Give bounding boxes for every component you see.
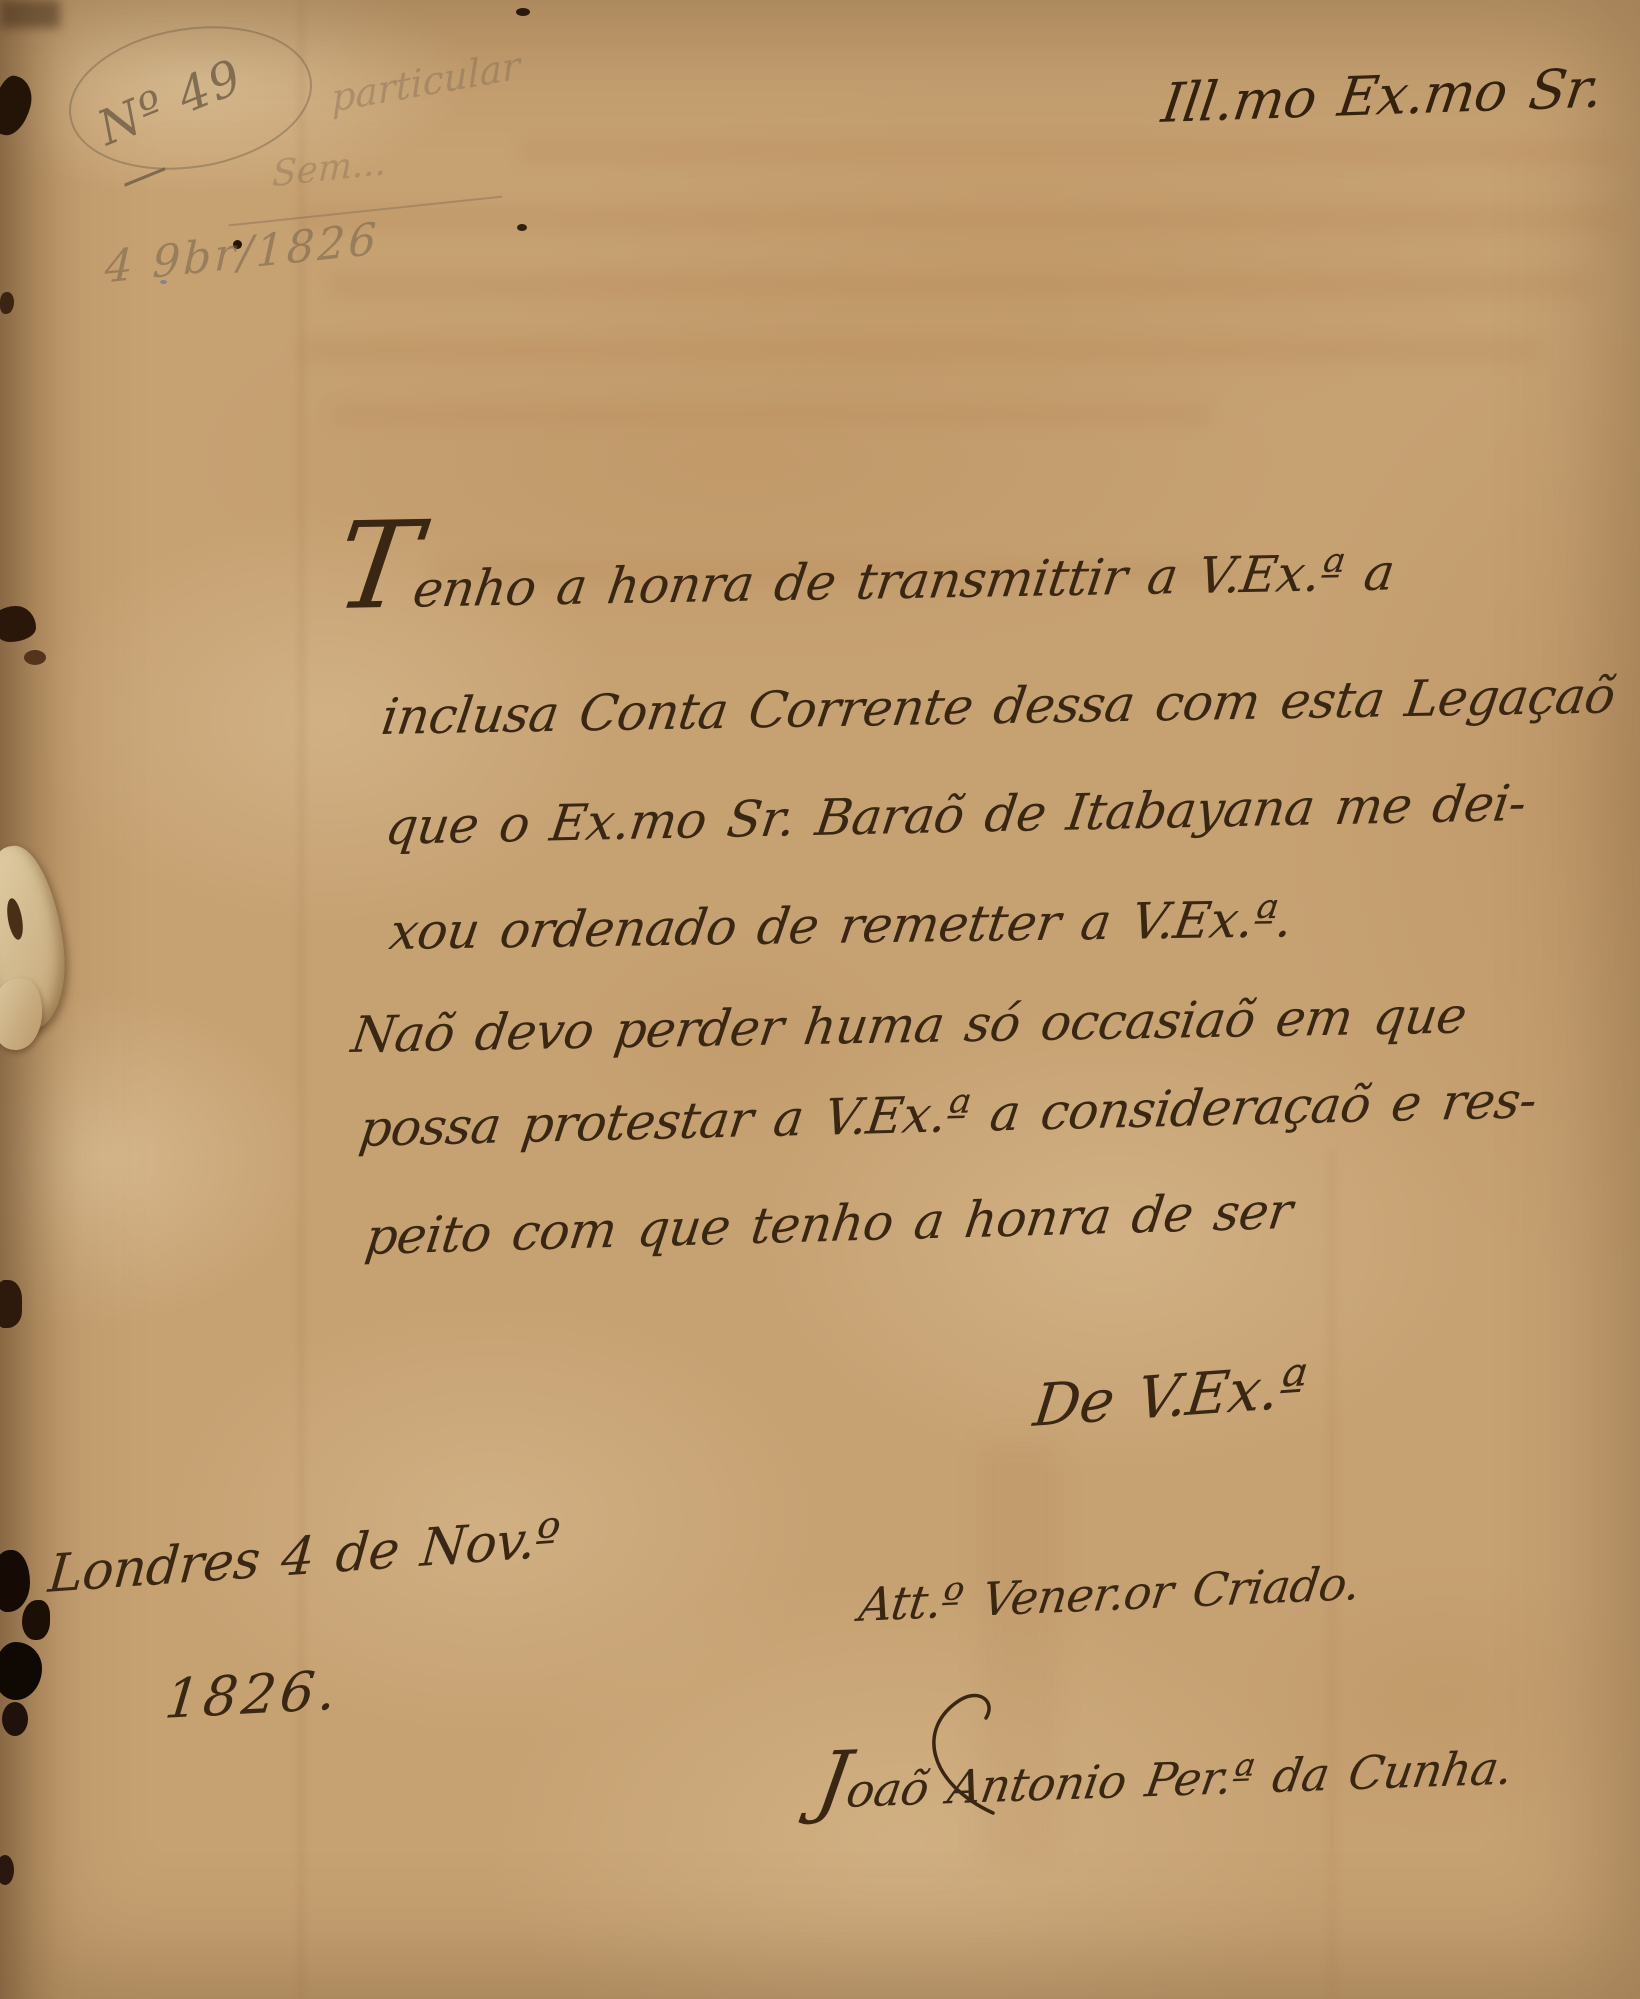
ink-fleck [517,224,527,231]
binding-tear [2,1702,28,1736]
body-line: Naõ devo perder huma só occasiaõ em que [348,986,1470,1064]
binding-tear [0,1855,14,1885]
binding-tear [0,73,37,140]
binding-tear [24,650,46,665]
binding-tear [0,1642,42,1700]
manuscript-page: Nº 49 — particular Sem... 4 9br/1826 Ill… [0,0,1640,1999]
body-line: inclusa Conta Corrente dessa com esta Le… [378,666,1619,746]
binding-tear [0,606,36,642]
binding-tear [0,292,14,314]
show-through-smudge [330,274,1590,296]
body-line: Tenho a honra de transmittir a V.Ex.ª a [330,543,1398,620]
binding-tear [0,1280,22,1328]
valediction: Att.º Vener.or Criado. [856,1556,1363,1632]
show-through-smudge [330,406,1210,424]
body-line: possa protestar a V.Ex.ª a consideraçaõ … [356,1071,1540,1158]
ink-fleck [516,8,530,16]
body-line: que o Ex.mo Sr. Baraõ de Itabayana me de… [382,774,1529,856]
pencil-note-underlined: Sem... [272,142,387,195]
body-line: xou ordenado de remetter a V.Ex.ª. [386,890,1296,961]
show-through-smudge [520,142,1620,162]
binding-tear [0,1550,30,1612]
salutation: Ill.mo Ex.mo Sr. [1158,56,1607,135]
closing-formula: De V.Ex.ª [1030,1352,1310,1440]
show-through-smudge [300,208,1620,230]
pencil-note-particular: particular [331,43,521,121]
dateline-year: 1826. [162,1658,343,1731]
binding-edge [0,0,80,1999]
corner-smudge [0,0,60,28]
binding-tear [22,1600,50,1640]
show-through-smudge [300,340,1540,360]
body-line: peito com que tenho a honra de ser [362,1182,1296,1266]
